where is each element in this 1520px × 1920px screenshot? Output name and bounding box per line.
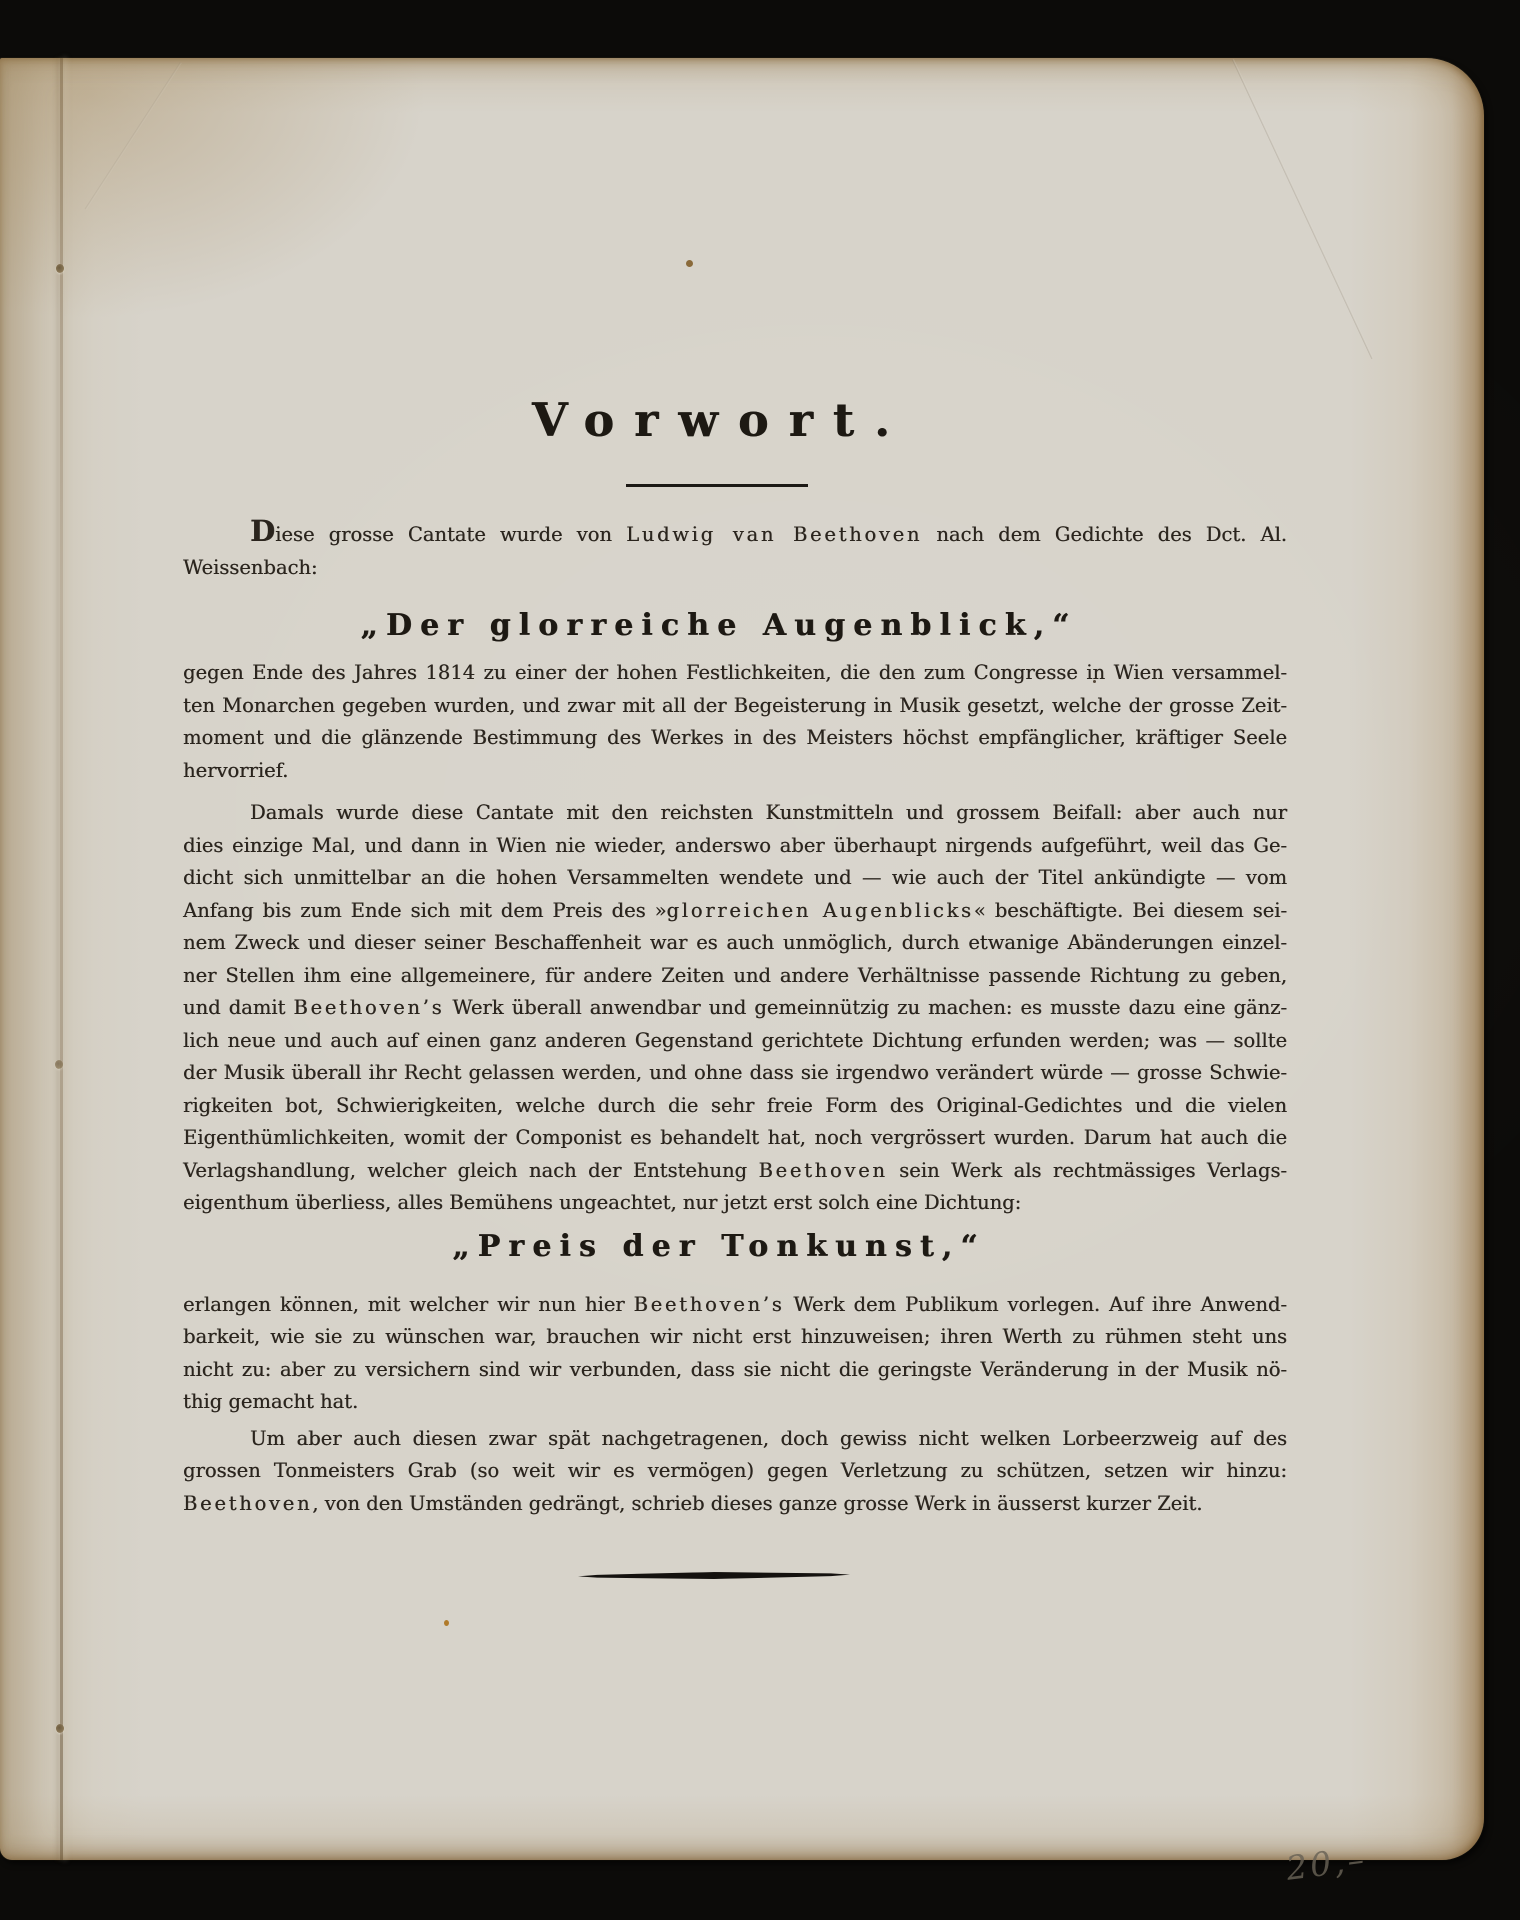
emphasized-term: Beethoven’s bbox=[293, 996, 444, 1019]
stitch-hole bbox=[56, 1724, 64, 1733]
paper-crease bbox=[1232, 59, 1373, 359]
preface-sections: Diese grosse Cantate wurde von Ludwig va… bbox=[183, 515, 1287, 1520]
text-line: ner Stellen ihm eine allgemeinere, für a… bbox=[183, 960, 1287, 993]
text-line: Verlagshandlung, welcher gleich nach der… bbox=[183, 1155, 1287, 1188]
text-line: moment und die glänzende Bestimmung des … bbox=[183, 722, 1287, 755]
paragraph: Damals wurde diese Cantate mit den reich… bbox=[183, 797, 1287, 1220]
stitch-hole bbox=[56, 264, 64, 273]
paragraph: erlangen können, mit welcher wir nun hie… bbox=[183, 1289, 1287, 1419]
text-line: Weissenbach: bbox=[183, 552, 1287, 585]
text-line: Anfang bis zum Ende sich mit dem Preis d… bbox=[183, 895, 1287, 928]
paper-speck bbox=[444, 1620, 449, 1626]
stitch-hole bbox=[55, 1060, 63, 1069]
text-line: und damit Beethoven’s Werk überall anwen… bbox=[183, 992, 1287, 1025]
pencil-price-note: 20,– bbox=[1284, 1839, 1369, 1888]
text-line: dies einzige Mal, und dann in Wien nie w… bbox=[183, 830, 1287, 863]
text-line: Eigenthümlichkeiten, womit der Componist… bbox=[183, 1122, 1287, 1155]
paragraph: Um aber auch diesen zwar spät nachgetrag… bbox=[183, 1423, 1287, 1521]
text-line: Diese grosse Cantate wurde von Ludwig va… bbox=[183, 515, 1287, 552]
text-line: nem Zweck und dieser seiner Beschaffenhe… bbox=[183, 927, 1287, 960]
text-line: erlangen können, mit welcher wir nun hie… bbox=[183, 1289, 1287, 1322]
text-line: lich neue und auch auf einen ganz andere… bbox=[183, 1025, 1287, 1058]
emphasized-term: Beethoven bbox=[758, 1159, 887, 1182]
text-line: rigkeiten bot, Schwierigkeiten, welche d… bbox=[183, 1090, 1287, 1123]
page-title: Vorwort. bbox=[169, 393, 1273, 447]
paragraph: gegen Ende des Jahres 1814 zu einer der … bbox=[183, 657, 1287, 787]
paragraph: Diese grosse Cantate wurde von Ludwig va… bbox=[183, 515, 1287, 584]
text-line: gegen Ende des Jahres 1814 zu einer der … bbox=[183, 657, 1287, 690]
text-line: grossen Tonmeisters Grab (so weit wir es… bbox=[183, 1455, 1287, 1488]
text-line: Um aber auch diesen zwar spät nachgetrag… bbox=[183, 1423, 1287, 1456]
text-line: barkeit, wie sie zu wünschen war, brauch… bbox=[183, 1321, 1287, 1354]
paper-crease bbox=[85, 62, 182, 210]
end-rule bbox=[578, 1571, 850, 1580]
text-line: Beethoven, von den Umständen gedrängt, s… bbox=[183, 1488, 1287, 1521]
text-line: Damals wurde diese Cantate mit den reich… bbox=[183, 797, 1287, 830]
text-line: nicht zu: aber zu versichern sind wir ve… bbox=[183, 1354, 1287, 1387]
title-rule bbox=[626, 484, 808, 487]
book-page: Vorwort. Diese grosse Cantate wurde von … bbox=[0, 58, 1484, 1860]
text-line: hervorrief. bbox=[183, 755, 1287, 788]
emphasized-term: Ludwig van Beethoven bbox=[626, 523, 922, 546]
page-content: Vorwort. Diese grosse Cantate wurde von … bbox=[183, 393, 1287, 1579]
text-line: der Musik überall ihr Recht gelassen wer… bbox=[183, 1057, 1287, 1090]
section-heading: „Der glorreiche Augenblick,“ bbox=[167, 606, 1271, 646]
text-line: eigenthum überliess, alles Bemühens unge… bbox=[183, 1187, 1287, 1220]
spine-crease bbox=[60, 58, 63, 1860]
section-heading: „Preis der Tonkunst,“ bbox=[167, 1227, 1271, 1267]
text-line: dicht sich unmittelbar an die hohen Vers… bbox=[183, 862, 1287, 895]
emphasized-term: Beethoven bbox=[183, 1492, 312, 1515]
emphasized-term: Beethoven’s bbox=[634, 1293, 785, 1316]
text-line: ten Monarchen gegeben wurden, und zwar m… bbox=[183, 690, 1287, 723]
emphasized-term: glorreichen Augenblicks bbox=[667, 899, 974, 922]
paper-speck bbox=[686, 260, 693, 267]
text-line: thig gemacht hat. bbox=[183, 1386, 1287, 1419]
